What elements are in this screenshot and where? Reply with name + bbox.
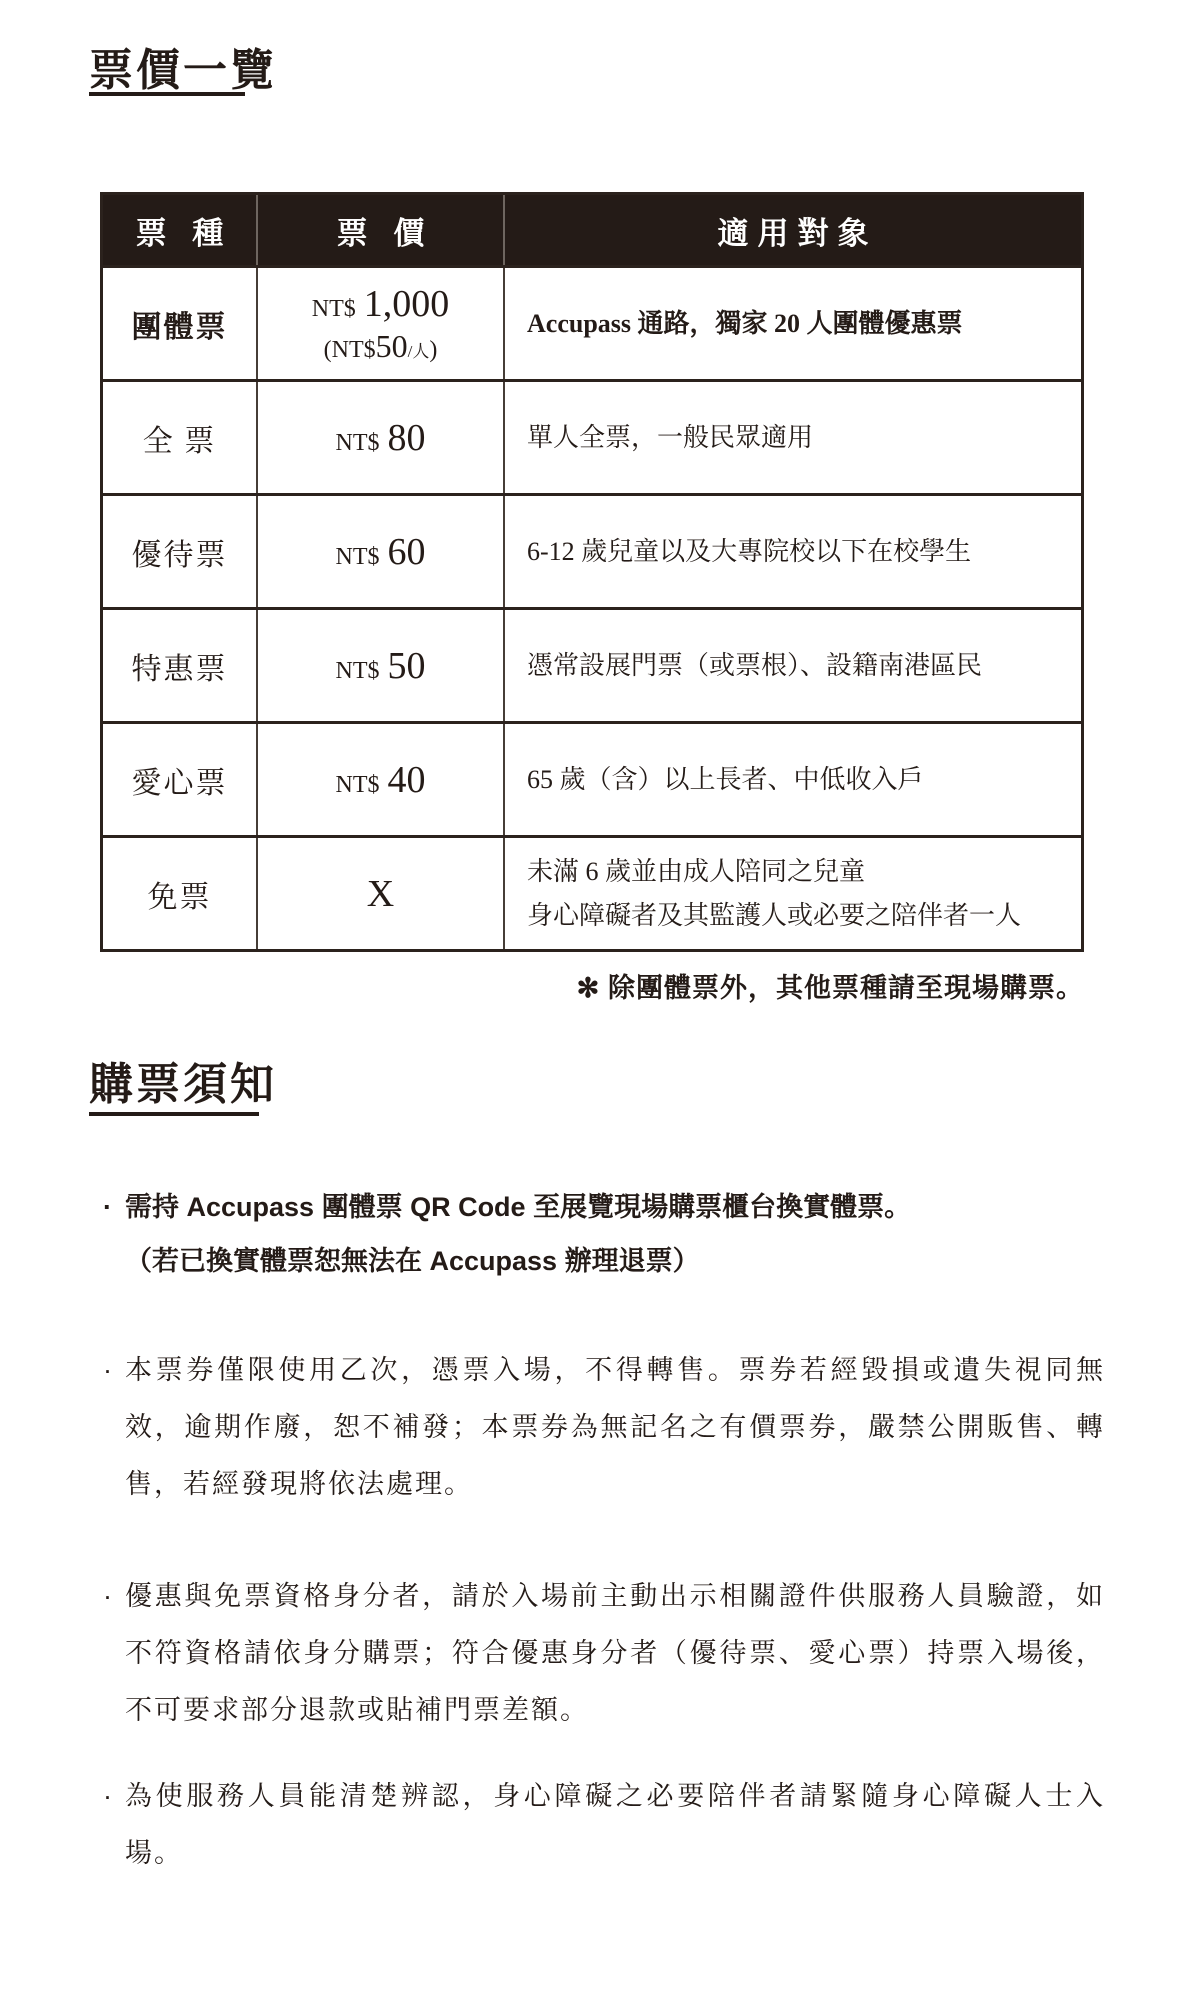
bullet-marker: · — [103, 1342, 114, 1399]
currency-label: NT$ — [336, 430, 380, 457]
ticket-type-cell: 優待票 — [103, 496, 256, 607]
table-row-charity-ticket: 愛心票 NT$40 65 歲（含）以上長者、中低收入戶 — [103, 721, 1081, 835]
table-row-full-ticket: 全 票 NT$80 單人全票，一般民眾適用 — [103, 379, 1081, 493]
table-row-special-ticket: 特惠票 NT$50 憑常設展門票（或票根）、設籍南港區民 — [103, 607, 1081, 721]
table-row-concession-ticket: 優待票 NT$60 6-12 歲兒童以及大專院校以下在校學生 — [103, 493, 1081, 607]
amount-label: 80 — [388, 416, 426, 460]
table-row-group-ticket: 團體票 NT$1,000 (NT$50/人) Accupass 通路，獨家 20… — [103, 265, 1081, 379]
price-main: NT$40 — [336, 758, 426, 802]
notice-item-single-use: · 本票券僅限使用乙次，憑票入場，不得轉售。票券若經毀損或遺失視同無效，逾期作廢… — [89, 1342, 1105, 1513]
bullet-marker: · — [103, 1768, 114, 1825]
audience-line: 未滿 6 歲並由成人陪同之兒童 — [527, 850, 865, 894]
price-sub-per: /人 — [408, 337, 430, 362]
price-table: 票 種 票 價 適用對象 團體票 NT$1,000 (NT$50/人) Accu… — [100, 192, 1084, 952]
amount-label: 50 — [388, 644, 426, 688]
price-main: NT$80 — [336, 416, 426, 460]
audience-line-2: 身心障礙者及其監護人或必要之陪伴者一人 — [527, 894, 1021, 938]
ticket-type-label: 愛心票 — [132, 758, 228, 802]
ticket-type-cell: 團體票 — [103, 268, 256, 379]
currency-label: NT$ — [336, 544, 380, 571]
price-title-underline — [89, 92, 245, 96]
currency-label: NT$ — [312, 296, 356, 323]
ticket-type-cell: 免票 — [103, 838, 256, 949]
ticket-type-label: 優待票 — [132, 530, 228, 574]
ticket-price-cell: NT$1,000 (NT$50/人) — [256, 268, 503, 379]
audience-cell: 單人全票，一般民眾適用 — [503, 382, 1081, 493]
notice-text: 為使服務人員能清楚辨認，身心障礙之必要陪伴者請緊隨身心障礙人士入場。 — [125, 1768, 1105, 1882]
notice-section-title: 購票須知 — [89, 1048, 277, 1112]
ticket-price-cell: X — [256, 838, 503, 949]
notice-item-exchange: · 需持 Accupass 團體票 QR Code 至展覽現場購票櫃台換實體票。… — [89, 1192, 1105, 1276]
table-header-row: 票 種 票 價 適用對象 — [103, 195, 1081, 265]
audience-cell: 6-12 歲兒童以及大專院校以下在校學生 — [503, 496, 1081, 607]
audience-line: Accupass 通路，獨家 20 人團體優惠票 — [527, 302, 963, 346]
ticket-type-label: 全 票 — [143, 416, 217, 460]
audience-cell: 憑常設展門票（或票根）、設籍南港區民 — [503, 610, 1081, 721]
header-cell-ticket-type: 票 種 — [103, 195, 256, 265]
notice-text-sub: （若已換實體票恕無法在 Accupass 辦理退票） — [125, 1246, 1105, 1276]
currency-label: NT$ — [336, 658, 380, 685]
price-sub-open: (NT$ — [324, 337, 376, 364]
audience-cell: 未滿 6 歲並由成人陪同之兒童身心障礙者及其監護人或必要之陪伴者一人 — [503, 838, 1081, 949]
ticket-price-cell: NT$60 — [256, 496, 503, 607]
notice-item-eligibility: · 優惠與免票資格身分者，請於入場前主動出示相關證件供服務人員驗證，如不符資格請… — [89, 1568, 1105, 1739]
ticket-type-cell: 愛心票 — [103, 724, 256, 835]
audience-line: 65 歲（含）以上長者、中低收入戶 — [527, 758, 924, 802]
currency-label: NT$ — [336, 772, 380, 799]
price-sub-value: 50 — [376, 328, 408, 365]
ticket-type-label: 特惠票 — [132, 644, 228, 688]
ticket-type-cell: 特惠票 — [103, 610, 256, 721]
audience-cell: Accupass 通路，獨家 20 人團體優惠票 — [503, 268, 1081, 379]
audience-line: 憑常設展門票（或票根）、設籍南港區民 — [527, 644, 982, 688]
price-section-title: 票價一覽 — [89, 34, 277, 98]
table-row-free-ticket: 免票 X 未滿 6 歲並由成人陪同之兒童身心障礙者及其監護人或必要之陪伴者一人 — [103, 835, 1081, 949]
notice-item-companion: · 為使服務人員能清楚辨認，身心障礙之必要陪伴者請緊隨身心障礙人士入場。 — [89, 1768, 1105, 1882]
notice-text: 需持 Accupass 團體票 QR Code 至展覽現場購票櫃台換實體票。 — [125, 1192, 1105, 1222]
audience-line: 單人全票，一般民眾適用 — [527, 416, 813, 460]
header-label-price: 票 價 — [337, 208, 434, 253]
ticket-price-cell: NT$40 — [256, 724, 503, 835]
header-label-type: 票 種 — [136, 208, 233, 253]
audience-line: 6-12 歲兒童以及大專院校以下在校學生 — [527, 530, 971, 574]
audience-cell: 65 歲（含）以上長者、中低收入戶 — [503, 724, 1081, 835]
amount-label: 60 — [388, 530, 426, 574]
bullet-marker: · — [103, 1568, 114, 1625]
price-per-person: (NT$50/人) — [324, 328, 438, 365]
header-cell-audience: 適用對象 — [503, 195, 1081, 265]
notice-text: 優惠與免票資格身分者，請於入場前主動出示相關證件供服務人員驗證，如不符資格請依身… — [125, 1568, 1105, 1739]
price-main: NT$60 — [336, 530, 426, 574]
ticket-price-cell: NT$80 — [256, 382, 503, 493]
amount-label: 40 — [388, 758, 426, 802]
amount-label: X — [367, 872, 394, 916]
price-main: NT$50 — [336, 644, 426, 688]
ticket-type-label: 免票 — [148, 872, 212, 916]
notice-text: 本票券僅限使用乙次，憑票入場，不得轉售。票券若經毀損或遺失視同無效，逾期作廢，恕… — [125, 1342, 1105, 1513]
table-footnote: ✻ 除團體票外，其他票種請至現場購票。 — [100, 966, 1084, 1005]
amount-label: 1,000 — [364, 282, 450, 326]
header-label-audience: 適用對象 — [718, 208, 878, 253]
ticket-type-label: 團體票 — [132, 302, 228, 346]
ticket-info-page: { "colors": { "background": "#ffffff", "… — [0, 0, 1185, 2000]
price-main: NT$1,000 — [312, 282, 450, 326]
price-main: X — [367, 872, 394, 916]
notice-title-underline — [89, 1112, 259, 1116]
ticket-type-cell: 全 票 — [103, 382, 256, 493]
ticket-price-cell: NT$50 — [256, 610, 503, 721]
price-sub-close: ) — [429, 337, 437, 364]
header-cell-price: 票 價 — [256, 195, 503, 265]
bullet-marker: · — [103, 1192, 112, 1222]
